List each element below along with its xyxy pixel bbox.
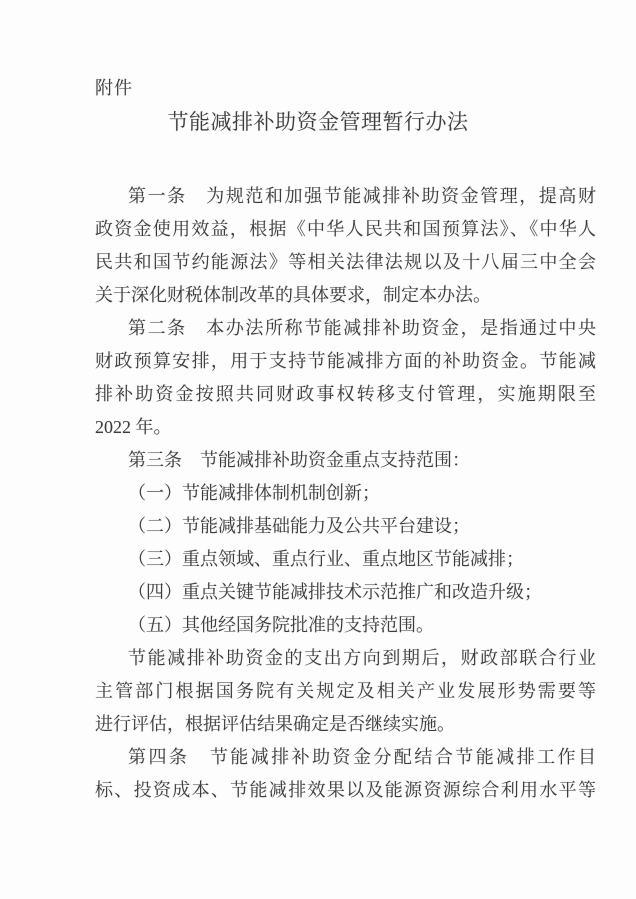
- text-line: 第三条 节能减排补助资金重点支持范围：: [95, 444, 596, 477]
- text-line: 节能减排补助资金的支出方向到期后，财政部联合行业: [95, 642, 596, 675]
- text-line: 关于深化财税体制改革的具体要求，制定本办法。: [95, 279, 596, 312]
- text-line: 主管部门根据国务院有关规定及相关产业发展形势需要等: [95, 675, 596, 708]
- text-line: （五）其他经国务院批准的支持范围。: [95, 609, 596, 642]
- text-line: 第一条 为规范和加强节能减排补助资金管理，提高财: [95, 180, 596, 213]
- text-line: 2022 年。: [95, 411, 596, 444]
- text-line: 第四条 节能减排补助资金分配结合节能减排工作目: [95, 741, 596, 774]
- text-line: 第二条 本办法所称节能减排补助资金，是指通过中央: [95, 312, 596, 345]
- text-line: 排补助资金按照共同财政事权转移支付管理，实施期限至: [95, 378, 596, 411]
- attachment-label: 附件: [95, 77, 133, 99]
- text-line: 民共和国节约能源法》等相关法律法规以及十八届三中全会: [95, 246, 596, 279]
- document-body: 第一条 为规范和加强节能减排补助资金管理，提高财政资金使用效益，根据《中华人民共…: [95, 180, 596, 807]
- text-line: 财政预算安排，用于支持节能减排方面的补助资金。节能减: [95, 345, 596, 378]
- text-line: （二）节能减排基础能力及公共平台建设；: [95, 510, 596, 543]
- document-title: 节能减排补助资金管理暂行办法: [0, 109, 636, 136]
- text-line: 政资金使用效益，根据《中华人民共和国预算法》、《中华人: [95, 213, 596, 246]
- text-line: 进行评估，根据评估结果确定是否继续实施。: [95, 708, 596, 741]
- document-page: 附件 节能减排补助资金管理暂行办法 第一条 为规范和加强节能减排补助资金管理，提…: [0, 0, 636, 899]
- text-line: 标、投资成本、节能减排效果以及能源资源综合利用水平等: [95, 774, 596, 807]
- text-line: （三）重点领域、重点行业、重点地区节能减排；: [95, 543, 596, 576]
- text-line: （四）重点关键节能减排技术示范推广和改造升级；: [95, 576, 596, 609]
- text-line: （一）节能减排体制机制创新；: [95, 477, 596, 510]
